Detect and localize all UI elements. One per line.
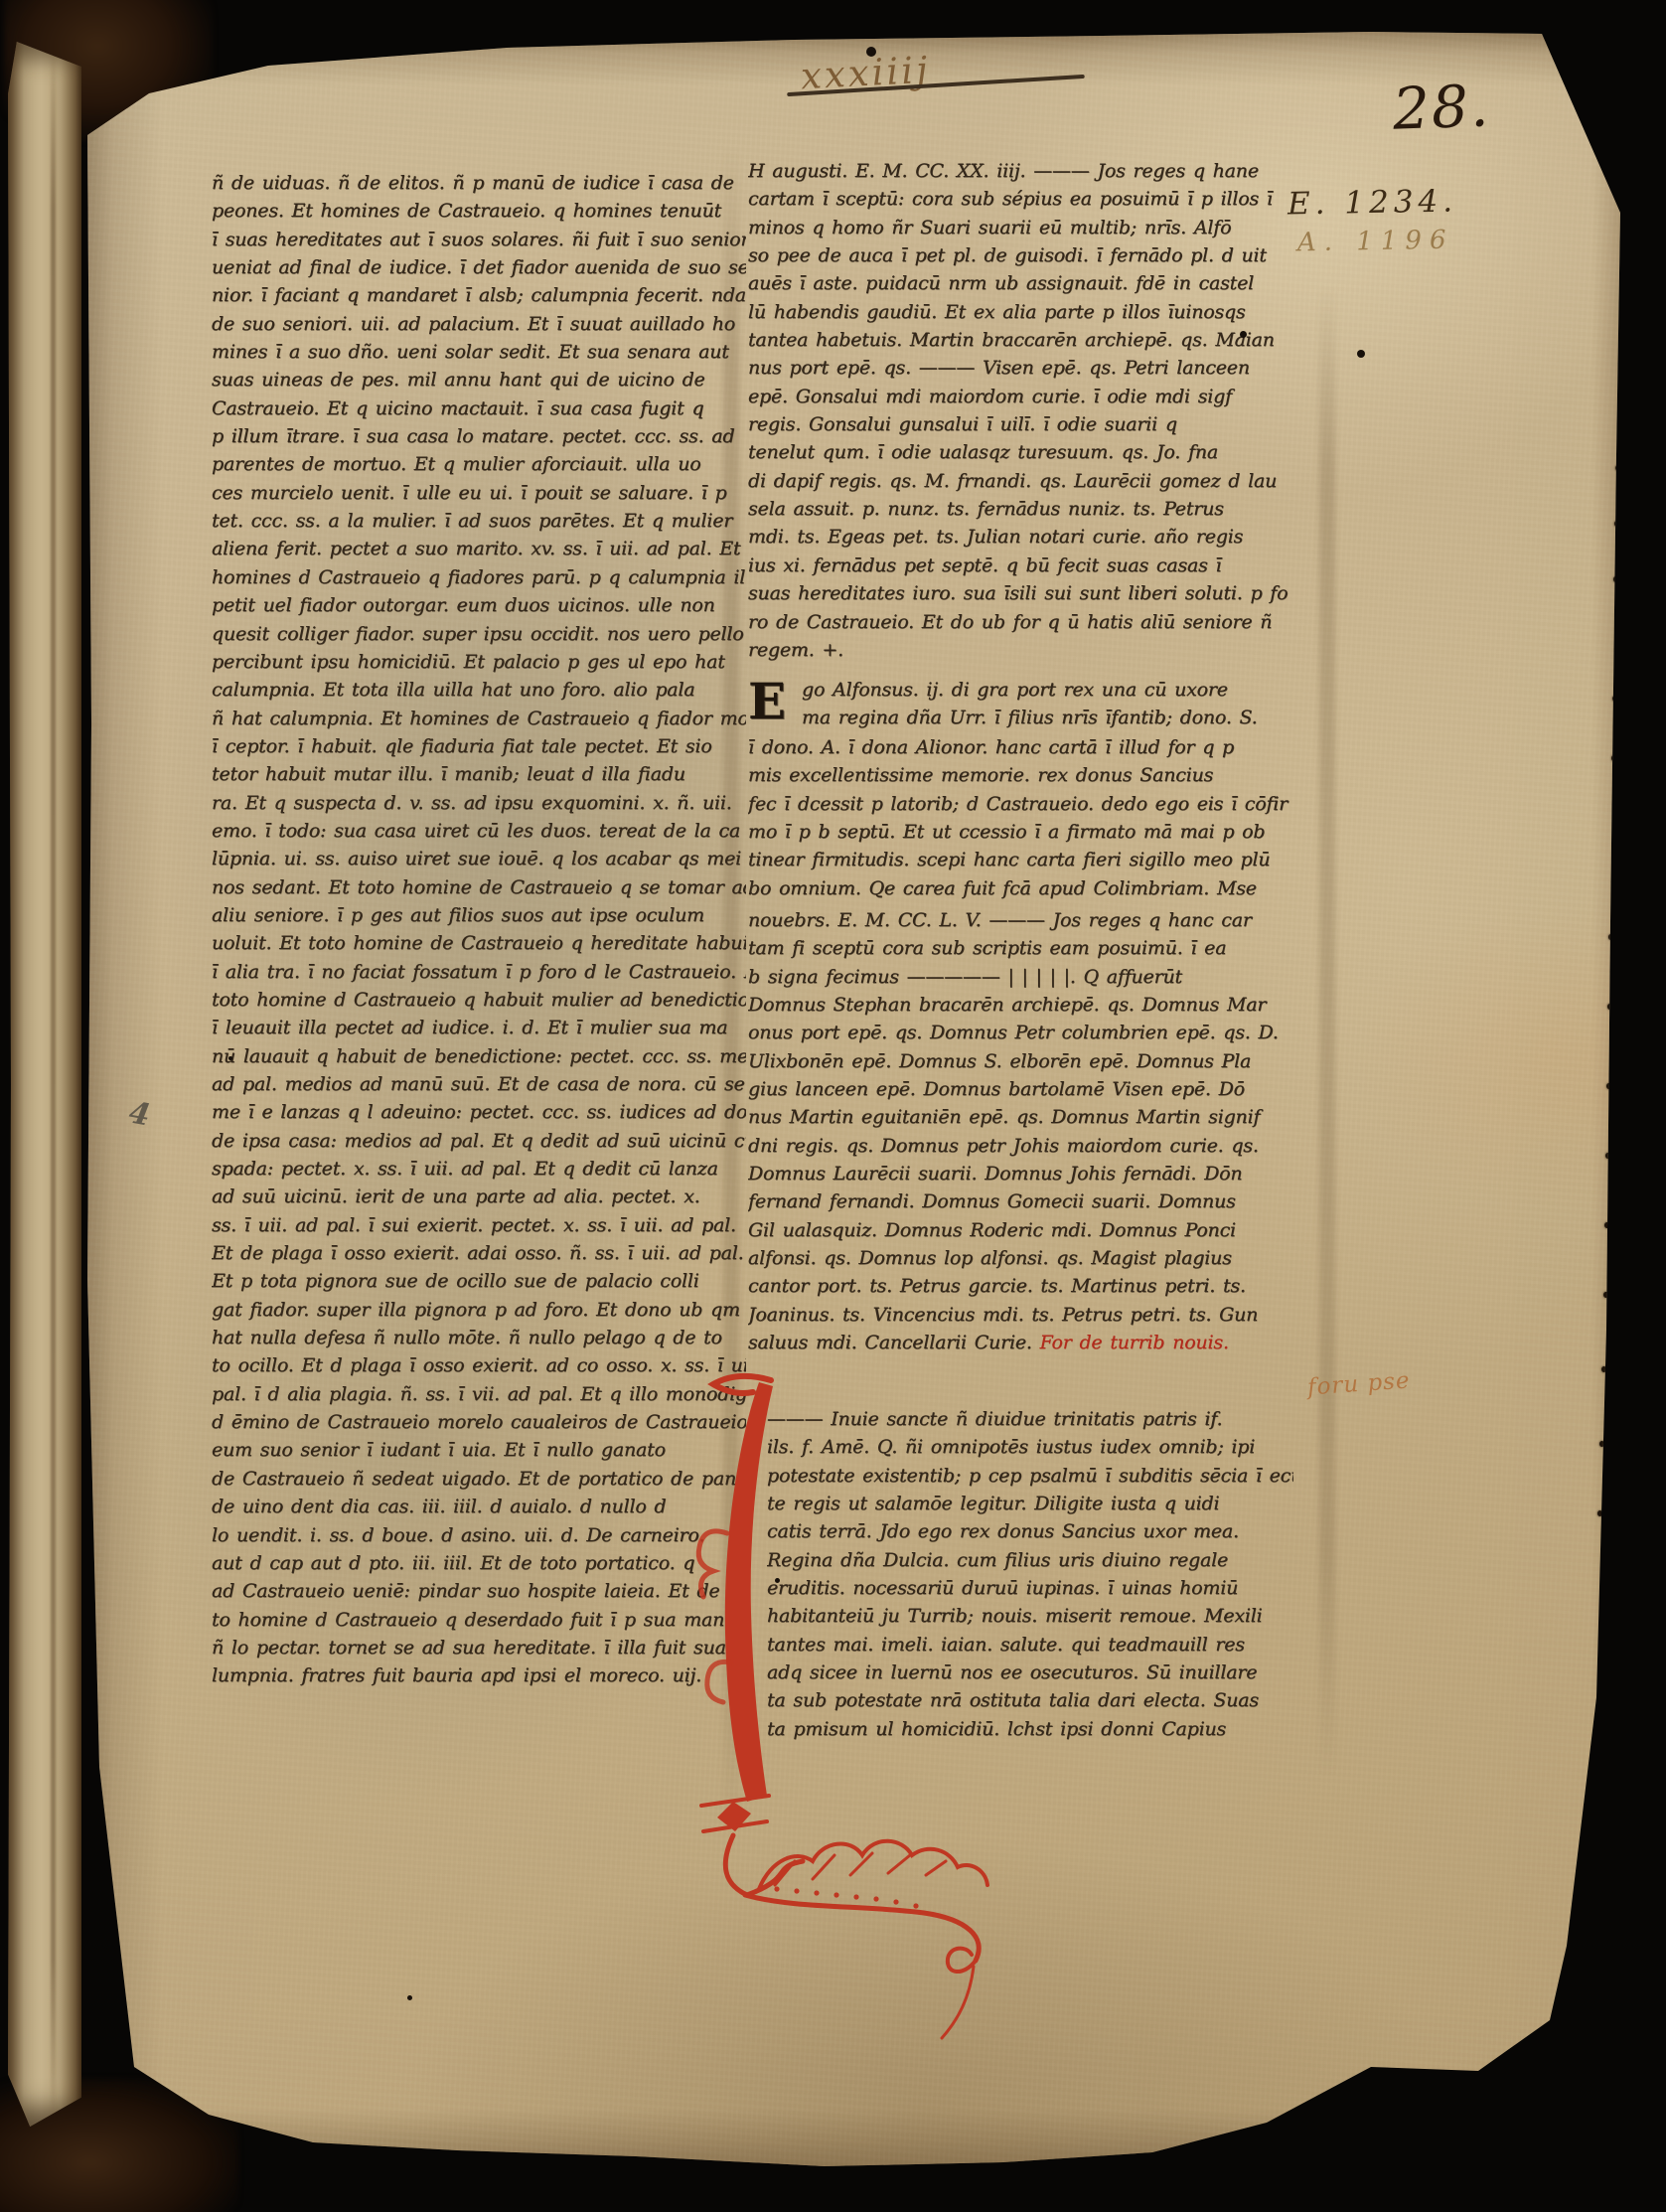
pricking-hole [1608, 934, 1613, 940]
text-line: H augusti. E. M. CC. XX. iiij. ——— Jos r… [748, 157, 1292, 185]
text-line: tet. ccc. ss. a la mulier. ī ad suos par… [212, 507, 746, 535]
text-line: b signa fecimus ————— | | | | |. Q affue… [748, 963, 1292, 991]
text-line: Et de plaga ī osso exierit. adai osso. ñ… [212, 1239, 746, 1267]
pricking-hole [1614, 521, 1619, 527]
text-line: gius lanceen epē. Domnus bartolamē Visen… [748, 1075, 1292, 1103]
pricking-hole [1597, 1510, 1602, 1516]
text-line: mis excellentissime memorie. rex donus S… [748, 761, 1292, 789]
text-line: me ī e lanzas q l adeuino: pectet. ccc. … [212, 1098, 746, 1126]
text-line: toto homine d Castraueio q habuit mulier… [212, 986, 746, 1014]
pricking-hole [1615, 465, 1620, 471]
text-line: tetor habuit mutar illu. ī manib; leuat … [212, 760, 746, 788]
right-column-block3: nouebrs. E. M. CC. L. V. ——— Jos reges q… [748, 906, 1292, 1357]
decorated-initial-e: E [748, 676, 802, 733]
text-line: mdi. ts. Egeas pet. ts. Julian notari cu… [748, 523, 1292, 551]
text-line: petit uel fiador outorgar. eum duos uici… [212, 591, 746, 619]
text-line: Ulixbonēn epē. Domnus S. elborēn epē. Do… [748, 1047, 1292, 1075]
text-line: ī alia tra. ī no faciat fossatum ī p for… [212, 958, 746, 986]
text-line: tinear firmitudis. scepi hanc carta fier… [748, 846, 1292, 873]
text-line: bo omnium. Qe carea fuit fcā apud Colimb… [748, 874, 1292, 902]
text-line: auēs ī aste. puidacū nrm ub assignauit. … [748, 269, 1292, 297]
text-line: suas hereditates iuro. sua īsili sui sun… [748, 579, 1292, 607]
text-line: aut d cap aut d pto. iii. iiil. Et de to… [212, 1549, 746, 1577]
pricking-hole [1601, 1366, 1606, 1372]
text-line: aliena ferit. pectet a suo marito. xv. s… [212, 535, 746, 562]
text-line: ī suas hereditates aut ī suos solares. ñ… [212, 226, 746, 253]
right-column-block1: H augusti. E. M. CC. XX. iiij. ——— Jos r… [748, 157, 1292, 664]
pricking-hole [1612, 696, 1617, 702]
pricking-hole [1605, 1153, 1610, 1159]
text-line: ius xi. fernādus pet septē. q bū fecit s… [748, 552, 1292, 579]
text-line: tantea habetuis. Martin braccarēn archie… [748, 326, 1292, 354]
ink-speck [775, 1578, 780, 1583]
pricking-hole [1599, 1441, 1604, 1447]
ink-speck [1240, 331, 1247, 338]
text-line: fec ī dcessit p latorib; d Castraueio. d… [748, 790, 1292, 818]
text-line: lo uendit. i. ss. d boue. d asino. uii. … [212, 1521, 746, 1549]
text-line: de ipsa casa: medios ad pal. Et q dedit … [212, 1127, 746, 1155]
pricking-hole [1604, 1222, 1609, 1228]
text-line: mo ī p b septū. Et ut ccessio ī a firmat… [748, 818, 1292, 846]
text-line: ñ lo pectar. tornet se ad sua hereditate… [212, 1634, 746, 1661]
red-initial-i [676, 1364, 1043, 2050]
text-line: Domnus Stephan bracarēn archiepē. qs. Do… [748, 991, 1292, 1019]
text-line: ad pal. medios ad manū suū. Et de casa d… [212, 1070, 746, 1098]
text-line: Et p tota pignora sue de ocillo sue de p… [212, 1267, 746, 1295]
text-line: nū lauauit q habuit de benedictione: pec… [212, 1042, 746, 1070]
margin-note-red: foru pse [1306, 1367, 1411, 1400]
text-line: gat fiador. super illa pignora p ad foro… [212, 1296, 746, 1324]
text-line: ad suū uicinū. ierit de una parte ad ali… [212, 1183, 746, 1210]
text-line: nouebrs. E. M. CC. L. V. ——— Jos reges q… [748, 906, 1292, 934]
pricking-hole [1606, 1083, 1611, 1089]
text-line: regem. +. [748, 636, 1292, 664]
text-line: go Alfonsus. ij. di gra port rex una cū … [802, 676, 1292, 704]
folio-number: 28. [1392, 72, 1492, 142]
text-line: to ocillo. Et d plaga ī osso exierit. ad… [212, 1351, 746, 1379]
text-line: dni regis. qs. Domnus petr Johis maiordo… [748, 1132, 1292, 1160]
parchment-folio: xxxiiij 28. E. 1234. A. 1196 4 foru pse … [79, 28, 1625, 2172]
ink-speck [1357, 350, 1365, 358]
text-line: Domnus Laurēcii suarii. Domnus Johis fer… [748, 1160, 1292, 1187]
text-line: spada: pectet. x. ss. ī uii. ad pal. Et … [212, 1155, 746, 1183]
text-line: eum suo senior ī iudant ī uia. Et ī null… [212, 1436, 746, 1464]
text-line: ma regina dña Urr. ī filius nrīs īfantib… [802, 704, 1292, 731]
page-edge-crease [51, 42, 56, 2127]
previous-page-edge [8, 42, 81, 2127]
rubric-line: saluus mdi. Cancellarii Curie. For de tu… [748, 1329, 1292, 1356]
right-column-block2: E go Alfonsus. ij. di gra port rex una c… [748, 676, 1292, 902]
text-line: de uino dent dia cas. iii. iiil. d auial… [212, 1493, 746, 1520]
left-text-column: ñ de uiduas. ñ de elitos. ñ p manū de iu… [212, 169, 746, 1690]
text-line: ad Castraueio ueniē: pindar suo hospite … [212, 1577, 746, 1605]
text-line: epē. Gonsalui mdi maiordom curie. ī odie… [748, 383, 1292, 410]
archival-mark-1196: A. 1196 [1297, 226, 1454, 258]
text-line: parentes de mortuo. Et q mulier aforciau… [212, 450, 746, 478]
text-line: calumpnia. Et tota illa uilla hat uno fo… [212, 676, 746, 704]
text-line: de Castraueio ñ sedeat uigado. Et de por… [212, 1465, 746, 1493]
text-line: ro de Castraueio. Et do ub for q ū hatis… [748, 608, 1292, 636]
archival-mark-1234: E. 1234. [1287, 184, 1458, 223]
text-line: ueniat ad final de iudice. ī det fiador … [212, 253, 746, 281]
text-line: ñ hat calumpnia. Et homines de Castrauei… [212, 705, 746, 732]
block3-lines: nouebrs. E. M. CC. L. V. ——— Jos reges q… [748, 906, 1292, 1329]
text-line: suas uineas de pes. mil annu hant qui de… [212, 366, 746, 394]
text-line: mines ī a suo dño. ueni solar sedit. Et … [212, 338, 746, 366]
right-fold-crease [1319, 286, 1335, 1777]
text-line: nus Martin eguitaniēn epē. qs. Domnus Ma… [748, 1103, 1292, 1131]
text-line: nos sedant. Et toto homine de Castraueio… [212, 873, 746, 901]
text-line: uoluit. Et toto homine de Castraueio q h… [212, 929, 746, 957]
text-line: ī ceptor. ī habuit. qle fiaduria fiat ta… [212, 732, 746, 760]
text-line: Joaninus. ts. Vincencius mdi. ts. Petrus… [748, 1301, 1292, 1329]
text-line: ī dono. A. ī dona Alionor. hanc cartā ī … [748, 733, 1292, 761]
manuscript-photo: { "page": { "description": "Medieval par… [0, 0, 1666, 2212]
text-line: tam fi sceptū cora sub scriptis eam posu… [748, 934, 1292, 962]
text-line: quesit colliger fiador. super ipsu occid… [212, 620, 746, 648]
text-line: aliu seniore. ī p ges aut filios suos au… [212, 901, 746, 929]
pricking-hole [1611, 755, 1616, 761]
block2-lines: ī dono. A. ī dona Alionor. hanc cartā ī … [748, 733, 1292, 902]
rubric-prefix: saluus mdi. Cancellarii Curie. [748, 1332, 1040, 1353]
block2-first-lines: go Alfonsus. ij. di gra port rex una cū … [748, 676, 1292, 732]
ink-speck [228, 1056, 232, 1060]
text-line: alfonsi. qs. Domnus lop alfonsi. qs. Mag… [748, 1244, 1292, 1272]
text-line: fernand fernandi. Domnus Gomecii suarii.… [748, 1187, 1292, 1215]
text-line: ss. ī uii. ad pal. ī sui exierit. pectet… [212, 1211, 746, 1239]
text-line: percibunt ipsu homicidiū. Et palacio p g… [212, 648, 746, 676]
ink-speck [407, 1995, 412, 2000]
text-line: pal. ī d alia plagia. ñ. ss. ī vii. ad p… [212, 1380, 746, 1408]
text-line: d ēmino de Castraueio morelo caualeiros … [212, 1408, 746, 1436]
text-line: so pee de auca ī pet pl. de guisodi. ī f… [748, 241, 1292, 269]
text-line: tenelut qum. ī odie ualasqz turesuum. qs… [748, 438, 1292, 466]
rubric-red-title: For de turrib nouis. [1040, 1332, 1229, 1353]
text-line: ñ de uiduas. ñ de elitos. ñ p manū de iu… [212, 169, 746, 197]
text-line: Castraueio. Et q uicino mactauit. ī sua … [212, 395, 746, 422]
text-line: to homine d Castraueio q deserdado fuit … [212, 1606, 746, 1634]
text-line: hat nulla defesa ñ nullo mōte. ñ nullo p… [212, 1324, 746, 1351]
text-line: cartam ī sceptū: cora sub sépius ea posu… [748, 185, 1292, 213]
pencil-mark: 4 [126, 1095, 153, 1133]
text-line: nus port epē. qs. ——— Visen epē. qs. Pet… [748, 354, 1292, 382]
text-line: lūpnia. ui. ss. auiso uiret sue iouē. q … [212, 845, 746, 872]
text-line: Gil ualasquiz. Domnus Roderic mdi. Domnu… [748, 1216, 1292, 1244]
text-line: regis. Gonsalui gunsalui ī uilī. ī odie … [748, 410, 1292, 438]
text-line: emo. ī todo: sua casa uiret cū les duos.… [212, 817, 746, 845]
pricking-hole [1603, 1292, 1608, 1298]
text-line: sela assuit. p. nunz. ts. fernādus nuniz… [748, 495, 1292, 523]
text-line: peones. Et homines de Castraueio. q homi… [212, 197, 746, 225]
text-line: lumpnia. fratres fuit bauria apd ipsi el… [212, 1661, 746, 1689]
pricking-hole [1613, 576, 1618, 582]
text-line: lū habendis gaudiū. Et ex alia parte p i… [748, 298, 1292, 326]
text-line: de suo seniori. uii. ad palacium. Et ī s… [212, 310, 746, 338]
text-line: cantor port. ts. Petrus garcie. ts. Mart… [748, 1272, 1292, 1300]
text-line: nior. ī faciant q mandaret ī alsb; calum… [212, 281, 746, 309]
text-line: homines d Castraueio q fiadores parū. p … [212, 563, 746, 591]
text-line: ces murcielo uenit. ī ulle eu ui. ī poui… [212, 479, 746, 507]
pricking-hole [1607, 1004, 1612, 1010]
text-line: minos q homo ñr Suari suarii eū multib; … [748, 214, 1292, 241]
text-line: p illum ītrare. ī sua casa lo matare. pe… [212, 422, 746, 450]
text-line: di dapif regis. qs. M. frnandi. qs. Laur… [748, 467, 1292, 495]
ink-speck [866, 47, 876, 57]
text-line: ī leuauit illa pectet ad iudice. i. d. E… [212, 1014, 746, 1041]
text-line: ra. Et q suspecta d. v. ss. ad ipsu exqu… [212, 789, 746, 817]
text-line: onus port epē. qs. Domnus Petr columbrie… [748, 1019, 1292, 1046]
